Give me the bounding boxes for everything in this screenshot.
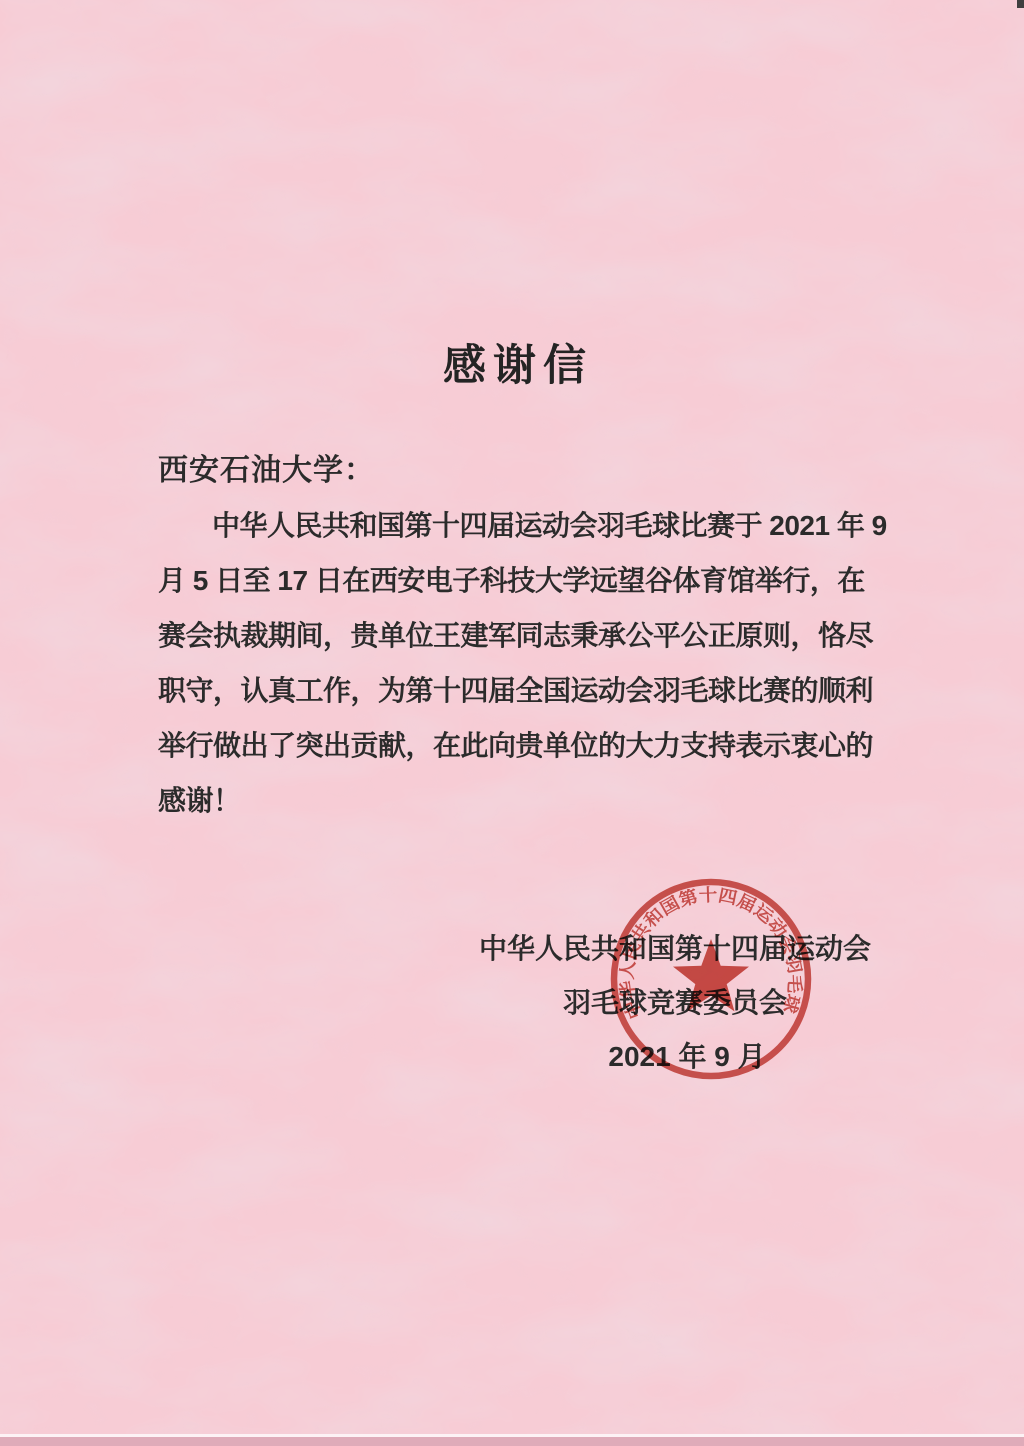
signature-date: 2021 年 9 月 [475, 1030, 875, 1084]
body-line: 举行做出了突出贡献，在此向贵单位的大力支持表示衷心的 [158, 718, 882, 773]
body-line: 中华人民共和国第十四届运动会羽毛球比赛于 2021 年 9 [158, 498, 882, 553]
scan-corner-artifact [1017, 0, 1024, 8]
signature-org-line2: 羽毛球竞赛委员会 [475, 976, 875, 1030]
body-line: 赛会执裁期间，贵单位王建军同志秉承公平公正原则，恪尽 [158, 608, 882, 663]
letter-title: 感谢信 [0, 332, 1024, 393]
signature-org-line1: 中华人民共和国第十四届运动会 [475, 922, 875, 976]
scanned-letter-page: 感谢信 西安石油大学： 中华人民共和国第十四届运动会羽毛球比赛于 2021 年 … [0, 0, 1024, 1446]
salutation: 西安石油大学： [158, 445, 375, 489]
signature-block: 中华人民共和国第十四届运动会 羽毛球竞赛委员会 2021 年 9 月 [475, 922, 875, 1084]
letter-body: 中华人民共和国第十四届运动会羽毛球比赛于 2021 年 9 月 5 日至 17 … [158, 498, 882, 828]
body-line: 职守，认真工作，为第十四届全国运动会羽毛球比赛的顺利 [158, 663, 882, 718]
scan-bottom-edge-band [0, 1437, 1024, 1446]
body-line: 感谢！ [158, 773, 882, 828]
body-line: 月 5 日至 17 日在西安电子科技大学远望谷体育馆举行，在 [158, 553, 882, 608]
